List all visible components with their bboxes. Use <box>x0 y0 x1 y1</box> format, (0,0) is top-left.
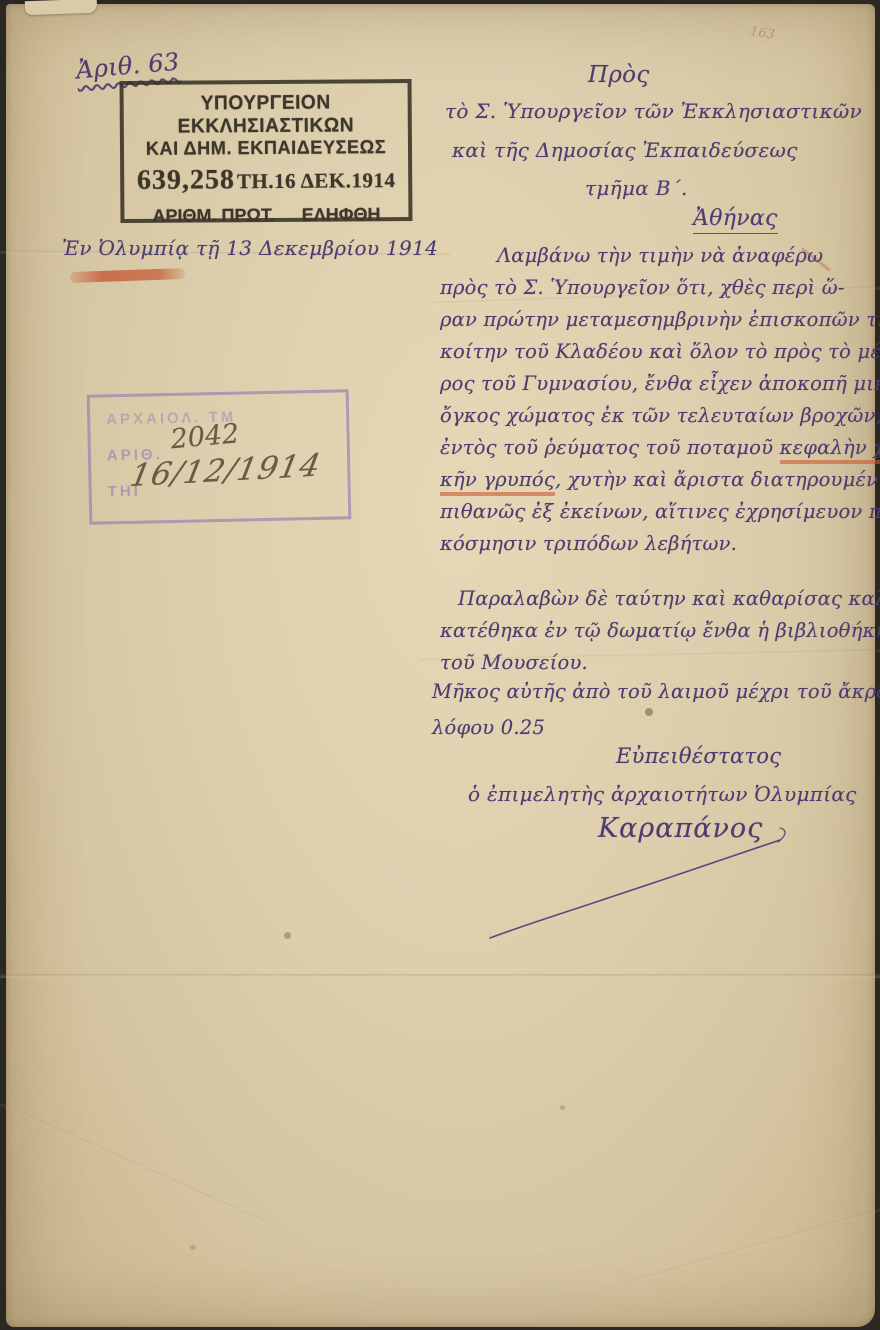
signature-flourish <box>478 820 800 948</box>
torn-paper-scrap <box>25 0 97 15</box>
ink-stain <box>284 932 291 939</box>
recipient-city-text: Ἀθήνας <box>693 206 778 234</box>
ministry-stamp-bottom-line: ΑΡΙΘΜ. ΠΡΩΤ. ΕΛΗΦΘΗ <box>124 204 408 227</box>
ink-stain <box>560 1105 565 1110</box>
body-text: , χυτὴν καὶ ἄριστα διατηρουμένην <box>555 468 880 491</box>
body-line: πρὸς τὸ Σ. Ὑπουργεῖον ὅτι, χθὲς περὶ ὥ- <box>440 272 866 304</box>
fold-crease <box>0 974 880 978</box>
body-paragraph-3: Μῆκος αὐτῆς ἀπὸ τοῦ λαιμοῦ μέχρι τοῦ ἄκρ… <box>432 674 866 746</box>
body-line: ραν πρώτην μεταμεσημβρινὴν ἐπισκοπῶν τὴν <box>440 304 866 336</box>
valediction: Εὐπειθέστατος <box>616 744 781 768</box>
body-line: κοίτην τοῦ Κλαδέου καὶ ὅλον τὸ πρὸς τὸ μ… <box>440 336 866 368</box>
body-line: ἐντὸς τοῦ ῥεύματος τοῦ ποταμοῦ κεφαλὴν χ… <box>440 432 866 464</box>
recipient-city: Ἀθήνας <box>693 206 778 231</box>
body-line: Μῆκος αὐτῆς ἀπὸ τοῦ λαιμοῦ μέχρι τοῦ ἄκρ… <box>432 674 866 710</box>
recipient-line2: καὶ τῆς Δημοσίας Ἐκπαιδεύσεως <box>452 138 798 162</box>
ministry-stamp-number-line: 639,258ΤΗ.16 ΔΕΚ.1914 <box>124 163 408 197</box>
received-label: ΕΛΗΦΘΗ <box>302 204 381 226</box>
body-line: κῆν γρυπός, χυτὴν καὶ ἄριστα διατηρουμέν… <box>440 464 866 496</box>
ministry-stamp-line1: ΥΠΟΥΡΓΕΙΟΝ ΕΚΚΛΗΣΙΑΣΤΙΚΩΝ <box>129 91 402 139</box>
body-line: κόσμησιν τριπόδων λεβήτων. <box>440 528 866 560</box>
red-underlined-text: κῆν γρυπός <box>440 468 555 496</box>
protocol-label: ΑΡΙΘΜ. ΠΡΩΤ. <box>152 205 275 227</box>
recipient-line1: τὸ Σ. Ὑπουργεῖον τῶν Ἐκκλησιαστικῶν <box>445 99 862 123</box>
stamp-date: ΤΗ.16 ΔΕΚ.1914 <box>237 168 396 193</box>
body-line: Παραλαβὼν δὲ ταύτην καὶ καθαρίσας καλῶς <box>440 583 866 615</box>
body-paragraph-1: Λαμβάνω τὴν τιμὴν νὰ ἀναφέρω πρὸς τὸ Σ. … <box>440 240 866 560</box>
body-line: Λαμβάνω τὴν τιμὴν νὰ ἀναφέρω <box>440 240 866 272</box>
body-line: ρος τοῦ Γυμνασίου, ἔνθα εἶχεν ἀποκοπῆ μι… <box>440 368 866 400</box>
letter-scan: 163 Ἀριθ. 63 ΥΠΟΥΡΓΕΙΟΝ ΕΚΚΛΗΣΙΑΣΤΙΚΩΝ Κ… <box>0 0 880 1330</box>
ink-stain <box>190 1245 196 1250</box>
ministry-receipt-stamp: ΥΠΟΥΡΓΕΙΟΝ ΕΚΚΛΗΣΙΑΣΤΙΚΩΝ ΚΑΙ ΔΗΜ. ΕΚΠΑΙ… <box>120 79 413 223</box>
ministry-stamp-line2: ΚΑΙ ΔΗΜ. ΕΚΠΑΙΔΕΥΣΕΩΣ <box>130 137 403 161</box>
recipient-section: τμῆμα Β΄. <box>585 176 688 200</box>
body-line: πιθανῶς ἐξ ἐκείνων, αἵτινες ἐχρησίμευον … <box>440 496 866 528</box>
body-line: ὄγκος χώματος ἐκ τῶν τελευταίων βροχῶν, … <box>440 400 866 432</box>
body-paragraph-2: Παραλαβὼν δὲ ταύτην καὶ καθαρίσας καλῶς … <box>440 583 866 679</box>
protocol-number: 639,258 <box>137 164 235 196</box>
body-line: λόφου 0.25 <box>432 710 866 746</box>
body-text: ἐντὸς τοῦ ῥεύματος τοῦ ποταμοῦ <box>440 436 780 459</box>
archaeology-registry-stamp: ΑΡΧΑΙΟΛ. ΤΜ ΑΡΙΘ. ΤΗΙ 2042 16/12/1914 <box>87 389 352 524</box>
registry-number-value: 2042 <box>169 418 240 455</box>
body-text: ὄγκος χώματος ἐκ τῶν τελευταίων βροχῶν, <box>440 404 880 427</box>
recipient-to: Πρὸς <box>588 62 650 88</box>
body-line: κατέθηκα ἐν τῷ δωματίῳ ἔνθα ἡ βιβλιοθήκη <box>440 615 866 647</box>
place-date-line: Ἐν Ὀλυμπίᾳ τῇ 13 Δεκεμβρίου 1914 <box>62 236 438 260</box>
red-underlined-text: κεφαλὴν χαλ- <box>780 436 880 464</box>
signer-title: ὁ ἐπιμελητὴς ἀρχαιοτήτων Ὀλυμπίας <box>468 782 857 806</box>
